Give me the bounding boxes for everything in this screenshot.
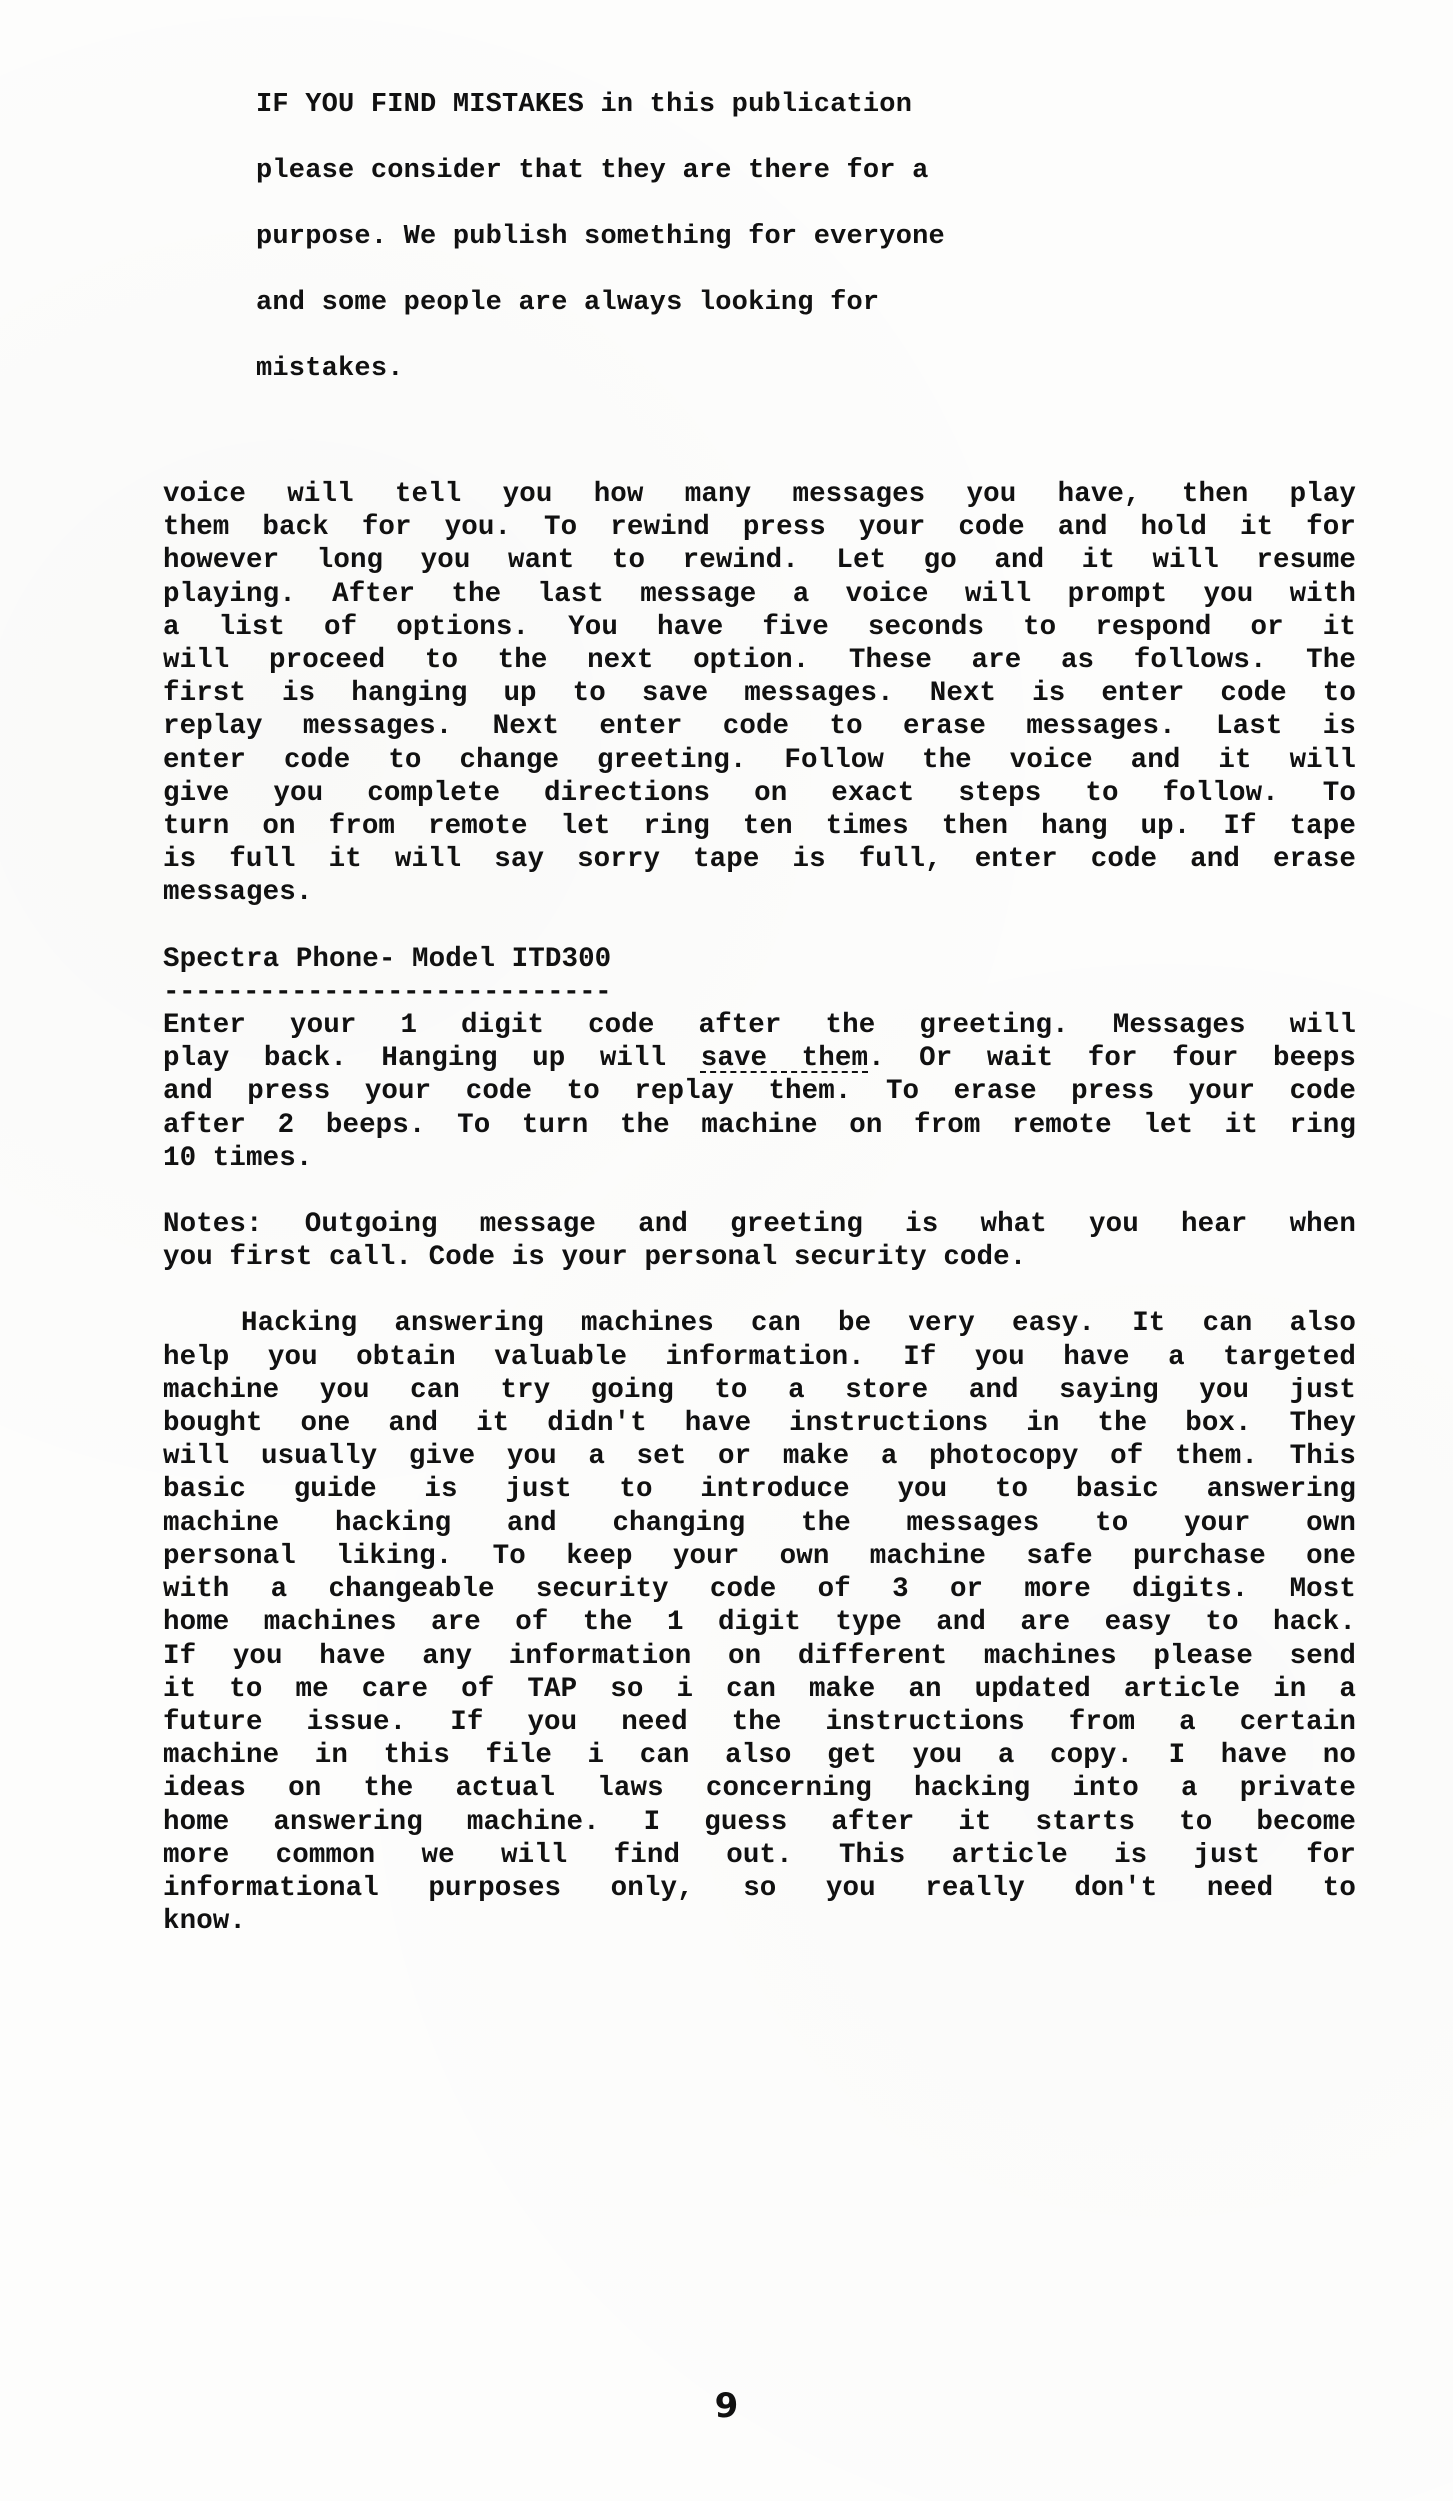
text-line: will usually give you a set or make a ph…	[163, 1440, 1356, 1473]
text-line: it to me care of TAP so i can make an up…	[163, 1673, 1356, 1706]
notice-line: please consider that they are there for …	[256, 155, 1116, 188]
mistakes-notice: IF YOU FIND MISTAKES in this publication…	[256, 56, 1116, 419]
text-line: however long you want to rewind. Let go …	[163, 544, 1356, 577]
notes-paragraph: Notes: Outgoing message and greeting is …	[163, 1208, 1356, 1274]
text-line: know.	[163, 1905, 1356, 1938]
text-segment: . Or wait for four beeps	[868, 1043, 1356, 1074]
text-line: home machines are of the 1 digit type an…	[163, 1606, 1356, 1639]
text-line: after 2 beeps. To turn the machine on fr…	[163, 1109, 1356, 1142]
text-line: bought one and it didn't have instructio…	[163, 1407, 1356, 1440]
text-line: messages.	[163, 876, 1356, 909]
text-line: more common we will find out. This artic…	[163, 1839, 1356, 1872]
paragraph-gap	[163, 1274, 1356, 1307]
paragraph-gap	[163, 910, 1356, 943]
text-line: you first call. Code is your personal se…	[163, 1241, 1356, 1274]
text-line: personal liking. To keep your own machin…	[163, 1540, 1356, 1573]
text-line: is full it will say sorry tape is full, …	[163, 843, 1356, 876]
text-line: give you complete directions on exact st…	[163, 777, 1356, 810]
text-line: ideas on the actual laws concerning hack…	[163, 1772, 1356, 1805]
indented-text: Hacking answering machines can be very e…	[241, 1308, 1356, 1339]
scanned-page: IF YOU FIND MISTAKES in this publication…	[0, 0, 1453, 2501]
text-line: future issue. If you need the instructio…	[163, 1706, 1356, 1739]
model-paragraph: Enter your 1 digit code after the greeti…	[163, 1009, 1356, 1175]
text-line: Notes: Outgoing message and greeting is …	[163, 1208, 1356, 1241]
text-line: playing. After the last message a voice …	[163, 578, 1356, 611]
text-line: If you have any information on different…	[163, 1640, 1356, 1673]
article-body: voice will tell you how many messages yo…	[163, 478, 1356, 1938]
text-line-with-underline: play back. Hanging up will save them. Or…	[163, 1042, 1356, 1075]
text-line: machine in this file i can also get you …	[163, 1739, 1356, 1772]
paragraph-gap	[163, 1175, 1356, 1208]
text-line: and press your code to replay them. To e…	[163, 1075, 1356, 1108]
notice-line: mistakes.	[256, 353, 1116, 386]
page-number: 9	[0, 2386, 1453, 2426]
text-line: help you obtain valuable information. If…	[163, 1341, 1356, 1374]
text-line: turn on from remote let ring ten times t…	[163, 810, 1356, 843]
text-line: a list of options. You have five seconds…	[163, 611, 1356, 644]
text-line: replay messages. Next enter code to eras…	[163, 710, 1356, 743]
text-line: basic guide is just to introduce you to …	[163, 1473, 1356, 1506]
text-line: informational purposes only, so you real…	[163, 1872, 1356, 1905]
section-rule: ----------------------------	[163, 976, 1356, 1009]
text-line: enter code to change greeting. Follow th…	[163, 744, 1356, 777]
text-line-indented: Hacking answering machines can be very e…	[163, 1307, 1356, 1340]
text-line: 10 times.	[163, 1142, 1356, 1175]
intro-paragraph: voice will tell you how many messages yo…	[163, 478, 1356, 910]
text-line: will proceed to the next option. These a…	[163, 644, 1356, 677]
text-line: first is hanging up to save messages. Ne…	[163, 677, 1356, 710]
section-heading: Spectra Phone- Model ITD300	[163, 943, 1356, 976]
text-line: machine you can try going to a store and…	[163, 1374, 1356, 1407]
text-line: with a changeable security code of 3 or …	[163, 1573, 1356, 1606]
closing-paragraph: Hacking answering machines can be very e…	[163, 1307, 1356, 1938]
text-line: them back for you. To rewind press your …	[163, 511, 1356, 544]
text-line: home answering machine. I guess after it…	[163, 1806, 1356, 1839]
text-line: Enter your 1 digit code after the greeti…	[163, 1009, 1356, 1042]
text-line: machine hacking and changing the message…	[163, 1507, 1356, 1540]
underlined-phrase: save them	[701, 1043, 868, 1074]
text-line: voice will tell you how many messages yo…	[163, 478, 1356, 511]
notice-line: and some people are always looking for	[256, 287, 1116, 320]
notice-line: purpose. We publish something for everyo…	[256, 221, 1116, 254]
text-segment: play back. Hanging up will	[163, 1043, 701, 1074]
notice-line: IF YOU FIND MISTAKES in this publication	[256, 89, 1116, 122]
